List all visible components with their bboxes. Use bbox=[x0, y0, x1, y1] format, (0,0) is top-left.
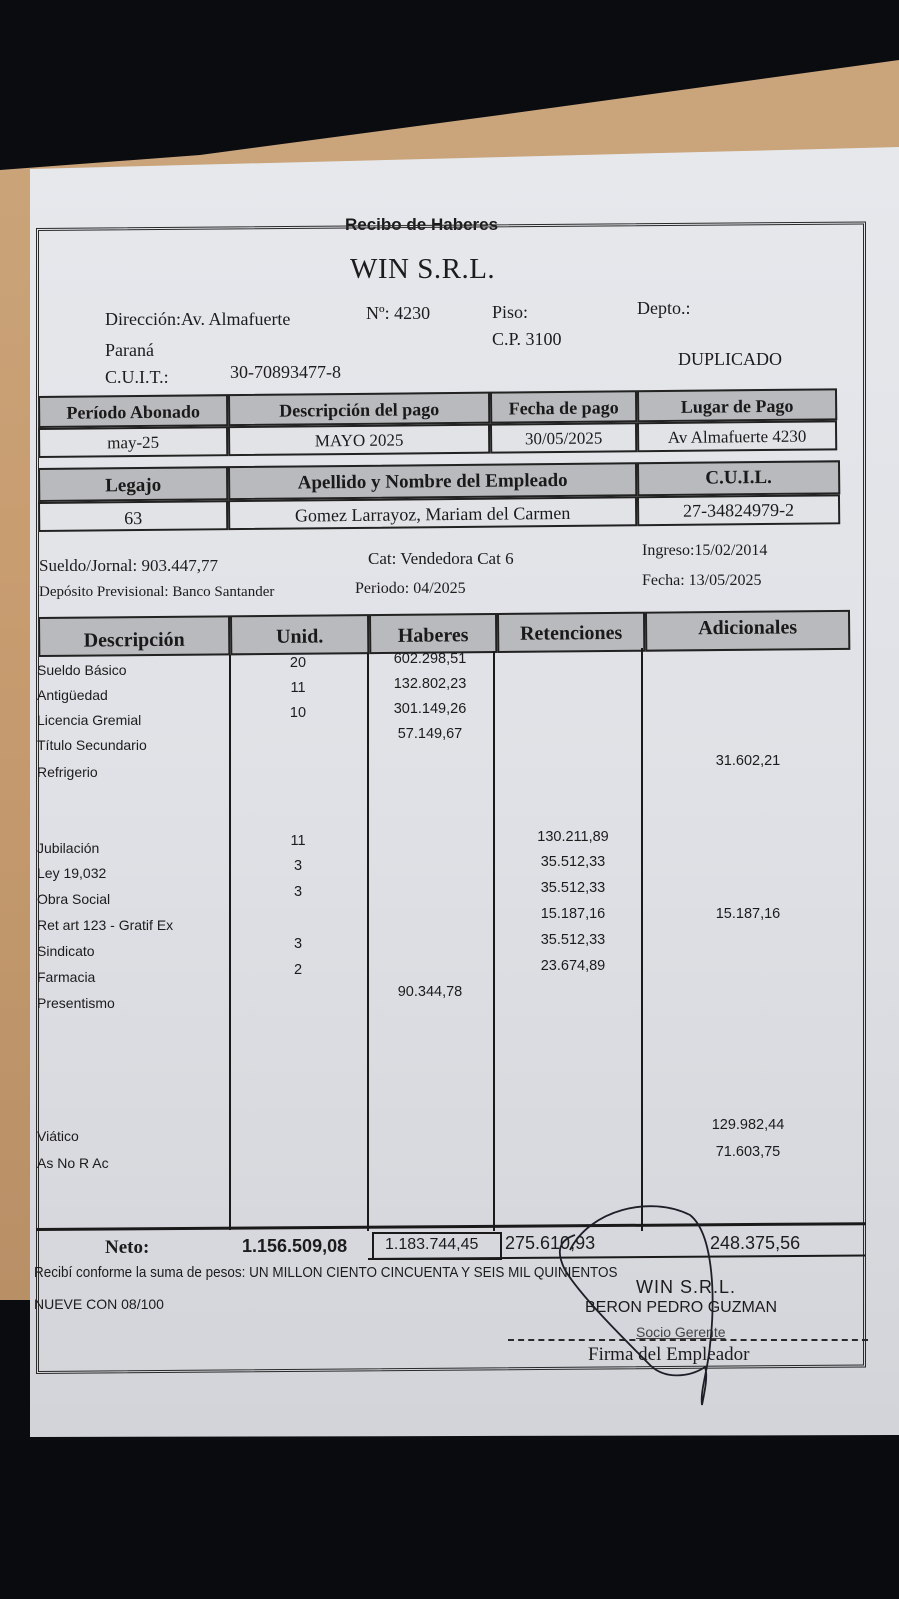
header-unidades: Unid. bbox=[230, 614, 369, 655]
cell-desc: Presentismo bbox=[37, 995, 115, 1011]
cell-unid: 11 bbox=[238, 833, 358, 849]
cell-desc: As No R Ac bbox=[37, 1155, 109, 1171]
amount-in-words-line2: NUEVE CON 08/100 bbox=[34, 1296, 164, 1312]
cell-desc: Jubilación bbox=[37, 840, 99, 856]
column-divider bbox=[641, 648, 643, 1231]
periodo-deposito: Periodo: 04/2025 bbox=[355, 580, 466, 598]
value-lugar-pago: Av Almafuerte 4230 bbox=[637, 420, 837, 452]
background-bottom bbox=[0, 1440, 899, 1599]
cell-unid: 3 bbox=[238, 936, 358, 952]
cell-desc: Ret art 123 - Gratif Ex bbox=[37, 917, 173, 933]
deposito-previsional: Depósito Previsional: Banco Santander bbox=[39, 584, 274, 601]
stamp-company: WIN S.R.L. bbox=[636, 1277, 736, 1298]
cell-unid: 11 bbox=[238, 680, 358, 696]
cell-haberes: 90.344,78 bbox=[370, 984, 490, 1000]
value-nombre: Gomez Larrayoz, Mariam del Carmen bbox=[228, 496, 637, 530]
header-periodo: Período Abonado bbox=[38, 394, 228, 428]
cell-adicionales: 31.602,21 bbox=[688, 753, 808, 769]
header-retenciones: Retenciones bbox=[497, 612, 645, 653]
cell-retenciones: 35.512,33 bbox=[513, 854, 633, 870]
cell-retenciones: 130.211,89 bbox=[513, 829, 633, 845]
value-legajo: 63 bbox=[38, 500, 228, 532]
value-descripcion-pago: MAYO 2025 bbox=[228, 424, 490, 457]
stamp-role: Socio Gerente bbox=[636, 1324, 726, 1340]
signature-label: Firma del Empleador bbox=[588, 1344, 749, 1366]
cell-desc: Refrigerio bbox=[37, 764, 98, 780]
cell-unid: 3 bbox=[238, 884, 358, 900]
address-label: Dirección:Av. Almafuerte bbox=[105, 309, 290, 330]
signature-line bbox=[508, 1339, 868, 1341]
cell-haberes: 132.802,23 bbox=[370, 676, 490, 692]
cell-adicionales: 129.982,44 bbox=[688, 1117, 808, 1133]
cell-retenciones: 35.512,33 bbox=[513, 880, 633, 896]
cell-desc: Licencia Gremial bbox=[37, 712, 141, 728]
cell-haberes: 57.149,67 bbox=[370, 726, 490, 742]
cell-desc: Farmacia bbox=[37, 969, 95, 985]
fecha-deposito: Fecha: 13/05/2025 bbox=[642, 572, 762, 590]
cell-desc: Título Secundario bbox=[37, 737, 147, 753]
cell-retenciones: 23.674,89 bbox=[513, 958, 633, 974]
postal-code: C.P. 3100 bbox=[492, 329, 562, 350]
amount-in-words-line1: Recibí conforme la suma de pesos: UN MIL… bbox=[34, 1265, 618, 1281]
header-fecha-pago: Fecha de pago bbox=[490, 390, 637, 423]
sueldo-jornal: Sueldo/Jornal: 903.447,77 bbox=[39, 556, 218, 576]
piso-label: Piso: bbox=[492, 302, 528, 323]
header-haberes: Haberes bbox=[369, 613, 497, 654]
value-fecha-pago: 30/05/2025 bbox=[490, 422, 637, 453]
cell-adicionales: 15.187,16 bbox=[688, 906, 808, 922]
cell-unid: 2 bbox=[238, 962, 358, 978]
header-descripcion-pago: Descripción del pago bbox=[228, 392, 490, 427]
concepts-header-row: Descripción Unid. Haberes Retenciones Ad… bbox=[38, 610, 850, 657]
total-retenciones: 275.610,93 bbox=[505, 1233, 595, 1254]
header-adicionales: Adicionales bbox=[645, 610, 850, 652]
header-legajo: Legajo bbox=[38, 466, 228, 502]
cell-haberes: 602.298,51 bbox=[370, 651, 490, 667]
cell-retenciones: 35.512,33 bbox=[513, 932, 633, 948]
fecha-ingreso: Ingreso:15/02/2014 bbox=[642, 542, 767, 560]
cell-retenciones: 15.187,16 bbox=[513, 906, 633, 922]
categoria: Cat: Vendedora Cat 6 bbox=[368, 549, 514, 569]
value-periodo: may-25 bbox=[38, 426, 228, 458]
header-nombre: Apellido y Nombre del Empleado bbox=[228, 462, 637, 500]
cell-desc: Sueldo Básico bbox=[37, 662, 127, 678]
copy-type: DUPLICADO bbox=[678, 349, 782, 370]
cell-desc: Ley 19,032 bbox=[37, 865, 106, 881]
depto-label: Depto.: bbox=[637, 298, 691, 319]
neto-value: 1.156.509,08 bbox=[242, 1236, 347, 1257]
total-haberes: 1.183.744,45 bbox=[385, 1236, 478, 1254]
cell-desc: Sindicato bbox=[37, 943, 95, 959]
column-divider bbox=[229, 655, 231, 1230]
total-adicionales: 248.375,56 bbox=[710, 1233, 800, 1254]
cell-adicionales: 71.603,75 bbox=[688, 1144, 808, 1160]
company-name: WIN S.R.L. bbox=[350, 253, 495, 286]
header-descripcion: Descripción bbox=[38, 615, 230, 657]
stamp-name: BERON PEDRO GUZMAN bbox=[585, 1299, 777, 1317]
cell-haberes: 301.149,26 bbox=[370, 701, 490, 717]
cell-unid: 3 bbox=[238, 858, 358, 874]
address-number: Nº: 4230 bbox=[366, 303, 430, 324]
cell-desc: Viático bbox=[37, 1128, 79, 1144]
header-cuil: C.U.I.L. bbox=[637, 460, 840, 496]
column-divider bbox=[367, 653, 369, 1231]
cell-desc: Obra Social bbox=[37, 891, 110, 907]
cell-unid: 20 bbox=[238, 655, 358, 671]
cell-desc: Antigüedad bbox=[37, 687, 108, 703]
cell-unid: 10 bbox=[238, 705, 358, 721]
cuit-value: 30-70893477-8 bbox=[230, 362, 341, 383]
city: Paraná bbox=[105, 340, 154, 361]
column-divider bbox=[493, 651, 495, 1231]
neto-label: Neto: bbox=[105, 1237, 149, 1259]
cuit-label: C.U.I.T.: bbox=[105, 367, 169, 388]
value-cuil: 27-34824979-2 bbox=[637, 494, 840, 526]
header-lugar-pago: Lugar de Pago bbox=[637, 388, 837, 422]
